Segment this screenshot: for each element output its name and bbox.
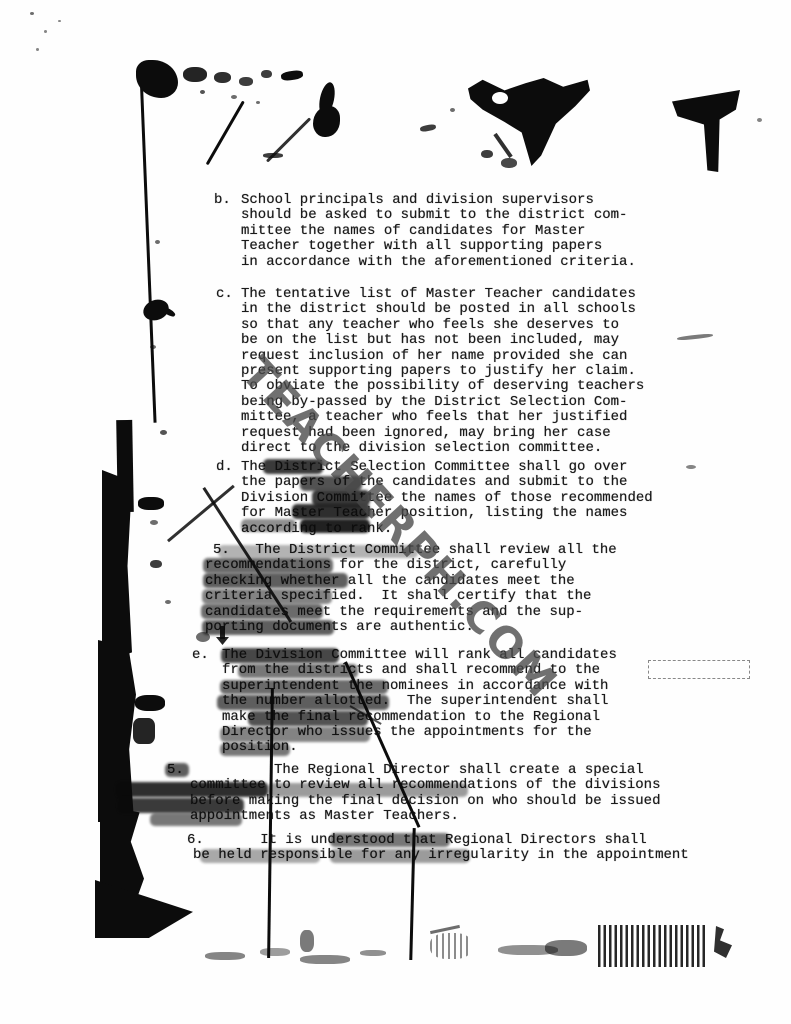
- ink-smudge: [221, 648, 339, 663]
- ink-speck: [58, 20, 61, 22]
- ink-smear: [430, 933, 472, 959]
- scratch-line: [493, 133, 512, 158]
- ink-speck: [150, 345, 156, 349]
- ink-blot: [133, 718, 155, 744]
- ink-smudge: [150, 813, 242, 826]
- text-line: mittee the names of candidates for Maste…: [241, 224, 636, 239]
- text-line: should be asked to submit to the distric…: [241, 208, 636, 223]
- ink-dash: [280, 70, 303, 82]
- box-outline-mark: [648, 660, 750, 679]
- ink-hatch-band: [598, 925, 706, 967]
- ink-smudge: [330, 849, 470, 863]
- ink-speck: [30, 12, 34, 15]
- ink-smear: [360, 950, 386, 956]
- item-marker-e: e.: [192, 648, 209, 663]
- ink-smudge: [116, 782, 268, 797]
- item-marker-b: b.: [214, 193, 231, 208]
- ink-dash: [263, 153, 283, 158]
- ink-speck: [36, 48, 39, 51]
- ink-speck: [231, 95, 237, 99]
- ink-blot: [214, 72, 231, 83]
- item-marker-6: 6.: [187, 833, 204, 848]
- edge-bar: [100, 805, 144, 897]
- ink-dash: [420, 124, 437, 133]
- ink-speck: [757, 118, 762, 122]
- ink-speck: [150, 560, 162, 568]
- ink-speck: [450, 108, 455, 112]
- ink-speck: [165, 600, 171, 604]
- ink-speck: [501, 158, 517, 168]
- ink-smudge: [201, 604, 323, 619]
- ink-speck: [200, 90, 205, 94]
- ink-blot: [261, 70, 272, 78]
- ink-blot: [313, 106, 340, 137]
- ink-speck: [44, 30, 47, 33]
- ink-smudge: [220, 727, 370, 742]
- ink-blot: [138, 497, 164, 510]
- ink-smudge: [248, 711, 368, 726]
- ink-smudge: [217, 695, 389, 710]
- ink-smudge: [241, 519, 296, 532]
- ink-smudge: [238, 664, 358, 678]
- text-line: Teacher together with all supporting pap…: [241, 239, 636, 254]
- ink-blot: [135, 695, 165, 711]
- text-line: appointments as Master Teachers.: [190, 809, 660, 824]
- ink-smear: [205, 952, 245, 960]
- fold-line: [140, 85, 156, 423]
- ink-smear: [260, 948, 290, 956]
- ink-smear: [300, 955, 350, 964]
- ink-speck: [256, 101, 260, 104]
- ink-blot-hole: [492, 92, 508, 104]
- text-line: be on the list but has not been included…: [241, 333, 644, 348]
- ink-speck: [150, 520, 158, 525]
- ink-smudge: [330, 833, 450, 847]
- ink-speck: [686, 465, 696, 469]
- ink-speck: [155, 240, 160, 244]
- ink-smudge: [202, 589, 332, 604]
- text-line: in accordance with the aforementioned cr…: [241, 255, 636, 270]
- item-marker-d: d.: [216, 460, 233, 475]
- ink-blot: [239, 77, 253, 86]
- ink-smudge: [220, 680, 388, 694]
- text-line: request inclusion of her name provided s…: [241, 349, 644, 364]
- ink-smear: [545, 940, 587, 956]
- scratch-line: [167, 485, 234, 542]
- ink-blot-wedge: [672, 90, 740, 172]
- text-line: in the district should be posted in all …: [241, 302, 644, 317]
- scratch-line: [206, 101, 245, 166]
- ink-smudge: [165, 763, 189, 777]
- ink-speck: [160, 430, 167, 435]
- ink-smudge: [203, 573, 348, 588]
- ink-dash: [677, 333, 713, 341]
- ink-smear: [300, 930, 314, 952]
- text-line: so that any teacher who feels she deserv…: [241, 318, 644, 333]
- ink-smudge: [118, 798, 244, 813]
- paragraph-b: b. School principals and division superv…: [241, 193, 636, 270]
- ink-speck: [481, 150, 493, 158]
- ink-smudge: [202, 620, 334, 635]
- item-marker-c: c.: [216, 287, 233, 302]
- edge-bar: [102, 470, 132, 662]
- arrow-mark: [216, 637, 229, 645]
- edge-triangle: [95, 880, 193, 938]
- ink-smudge: [200, 849, 320, 863]
- ink-blot: [183, 67, 207, 82]
- ink-smudge: [203, 558, 333, 573]
- ink-blot: [712, 926, 732, 958]
- ink-smudge: [268, 783, 468, 797]
- ink-smudge: [220, 743, 290, 756]
- scanned-page: b. School principals and division superv…: [0, 0, 791, 1024]
